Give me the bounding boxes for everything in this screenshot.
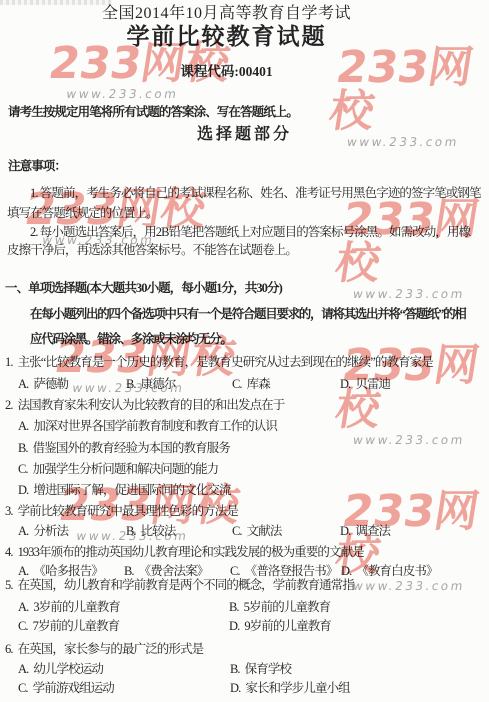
note-1-line-2: 填写在答题纸规定的位置上。 [7, 206, 158, 221]
question-1-option-c: C.库森 [232, 377, 270, 392]
question-6-option-b: B.保育学校 [230, 662, 291, 677]
question-4-number: 4. [5, 545, 13, 559]
question-2-number: 2. [5, 398, 13, 412]
section-heading: 选择题部分 [0, 127, 489, 142]
question-1-option-b: B.康德尔 [126, 377, 175, 392]
note-1-line-1: 1. 答题前，考生务必将自己的考试课程名称、姓名、准考证号用黑色字迹的签字笔或钢… [30, 186, 481, 201]
question-6-option-a: A.幼儿学校运动 [18, 662, 103, 677]
question-6-number: 6. [5, 642, 13, 656]
question-4-option-c: C.《普洛登报告书》 [230, 564, 337, 579]
watermark-brand-text: 233网校 [332, 198, 489, 286]
note-2-line-1: 2. 每小题选出答案后，用2B铅笔把答题纸上对应题目的答案标号涂黑。如需改动，用… [30, 225, 470, 240]
question-2-option-a: A.加深对世界各国学前教育制度和教育工作的认识 [18, 419, 277, 434]
question-1-stem: 1.主张“比较教育是一个历史的教育，是教育史研究从过去到现在的继续”的教育家是 [5, 355, 433, 370]
question-3-option-b: B.比较法 [126, 524, 175, 539]
watermark-url-text: www.233.com [352, 579, 483, 593]
question-2-option-b: B.借鉴国外的教育经验为本国的教育服务 [18, 441, 230, 456]
question-4-option-b: B.《费舍法案》 [124, 564, 208, 579]
question-5-stem: 5.在英国，幼儿教育和学前教育是两个不同的概念，学前教育通常指 [5, 578, 354, 593]
watermark-url-text: www.233.com [352, 287, 483, 301]
watermark-brand-text: 233网校 [326, 46, 489, 134]
watermark-233wangxiao: 233网校 www.233.com [330, 198, 489, 301]
question-5-option-a: A.3岁前的儿童教育 [18, 600, 120, 615]
question-6-stem: 6.在英国，家长参与的最广泛的形式是 [5, 642, 203, 657]
question-3-option-c: C.文献法 [232, 524, 281, 539]
note-2-line-2: 皮擦干净后，再选涂其他答案标号。不能答在试题卷上。 [7, 243, 297, 258]
question-5-option-d: D.9岁前的儿童教育 [229, 619, 331, 634]
question-2-option-c: C.加强学生分析问题和解决问题的能力 [18, 462, 218, 477]
notes-title: 注意事项： [8, 159, 66, 174]
part-desc-line-2: 应代码涂黑。错涂、多涂或未涂均无分。 [30, 332, 232, 347]
question-5-option-c: C.7岁前的儿童教育 [18, 619, 119, 634]
question-1-option-a: A.萨德勒 [18, 377, 68, 392]
question-6-option-d: D.家长和学步儿童小组 [230, 681, 350, 696]
question-1-number: 1. [5, 355, 13, 369]
question-4-option-d: D.《教育白皮书》 [341, 564, 438, 579]
question-4-option-a: A.《哈多报告》 [18, 564, 103, 579]
part-title: 一、单项选择题(本大题共30小题，每小题1分，共30分) [5, 281, 282, 296]
question-6-option-c: C.学前游戏组运动 [18, 681, 114, 696]
question-3-option-d: D.调查法 [340, 524, 390, 539]
course-code: 课程代码:00401 [0, 64, 471, 79]
answer-instruction: 请考生按规定用笔将所有试题的答案涂、写在答题纸上。 [8, 105, 298, 120]
part-desc-line-1: 在每小题列出的四个备选项中只有一个是符合题目要求的，请将其选出并将“答题纸”的相 [30, 307, 466, 322]
question-2-option-d: D.增进国际了解，促进国际间的文化交流 [18, 483, 231, 498]
question-5-option-b: B.5岁前的儿童教育 [229, 600, 330, 615]
question-3-number: 3. [5, 504, 13, 518]
question-4-stem: 4.1933年颁布的推动英国幼儿教育理论和实践发展的极为重要的文献是 [5, 545, 364, 560]
watermark-url-text: www.233.com [65, 87, 225, 101]
question-2-stem: 2.法国教育家朱利安认为比较教育的目的和出发点在于 [5, 398, 284, 413]
exam-header: 全国2014年10月高等教育自学考试 [0, 6, 471, 21]
page-title: 学前比较教育试题 [0, 29, 471, 44]
question-3-option-a: A.分析法 [18, 524, 68, 539]
question-5-number: 5. [5, 578, 13, 592]
question-3-stem: 3.学前比较教育研究中最具理性色彩的方法是 [5, 504, 238, 519]
question-1-option-d: D.贝雷迪 [340, 377, 390, 392]
exam-paper-page: 全国2014年10月高等教育自学考试 学前比较教育试题 课程代码:00401 请… [0, 0, 489, 702]
scan-artifact [0, 0, 112, 5]
watermark-url-text: www.233.com [352, 433, 483, 447]
